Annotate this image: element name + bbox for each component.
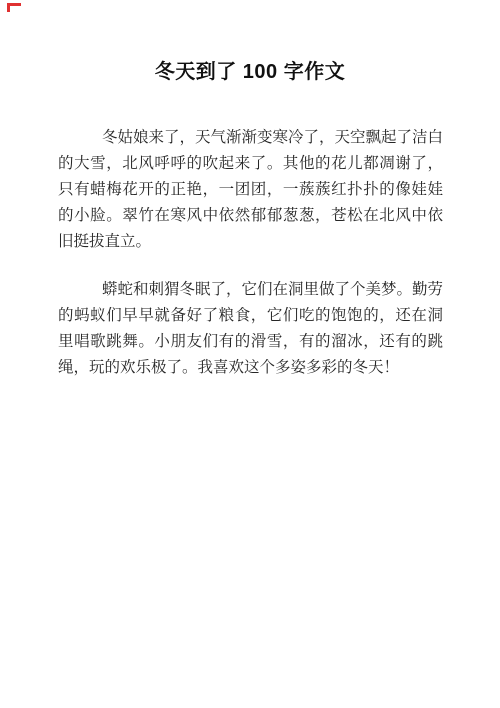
document-page: 冬天到了 100 字作文 冬姑娘来了，天气渐渐变寒冷了，天空飘起了洁白的大雪，北… bbox=[0, 0, 500, 708]
red-corner-mark bbox=[7, 3, 21, 12]
essay-paragraph-1: 冬姑娘来了，天气渐渐变寒冷了，天空飘起了洁白的大雪，北风呼呼的吹起来了。其他的花… bbox=[58, 125, 443, 255]
essay-title: 冬天到了 100 字作文 bbox=[0, 0, 500, 86]
essay-body: 冬姑娘来了，天气渐渐变寒冷了，天空飘起了洁白的大雪，北风呼呼的吹起来了。其他的花… bbox=[58, 125, 443, 381]
essay-paragraph-2: 蟒蛇和刺猬冬眠了，它们在洞里做了个美梦。勤劳的蚂蚁们早早就备好了粮食，它们吃的饱… bbox=[58, 277, 443, 381]
